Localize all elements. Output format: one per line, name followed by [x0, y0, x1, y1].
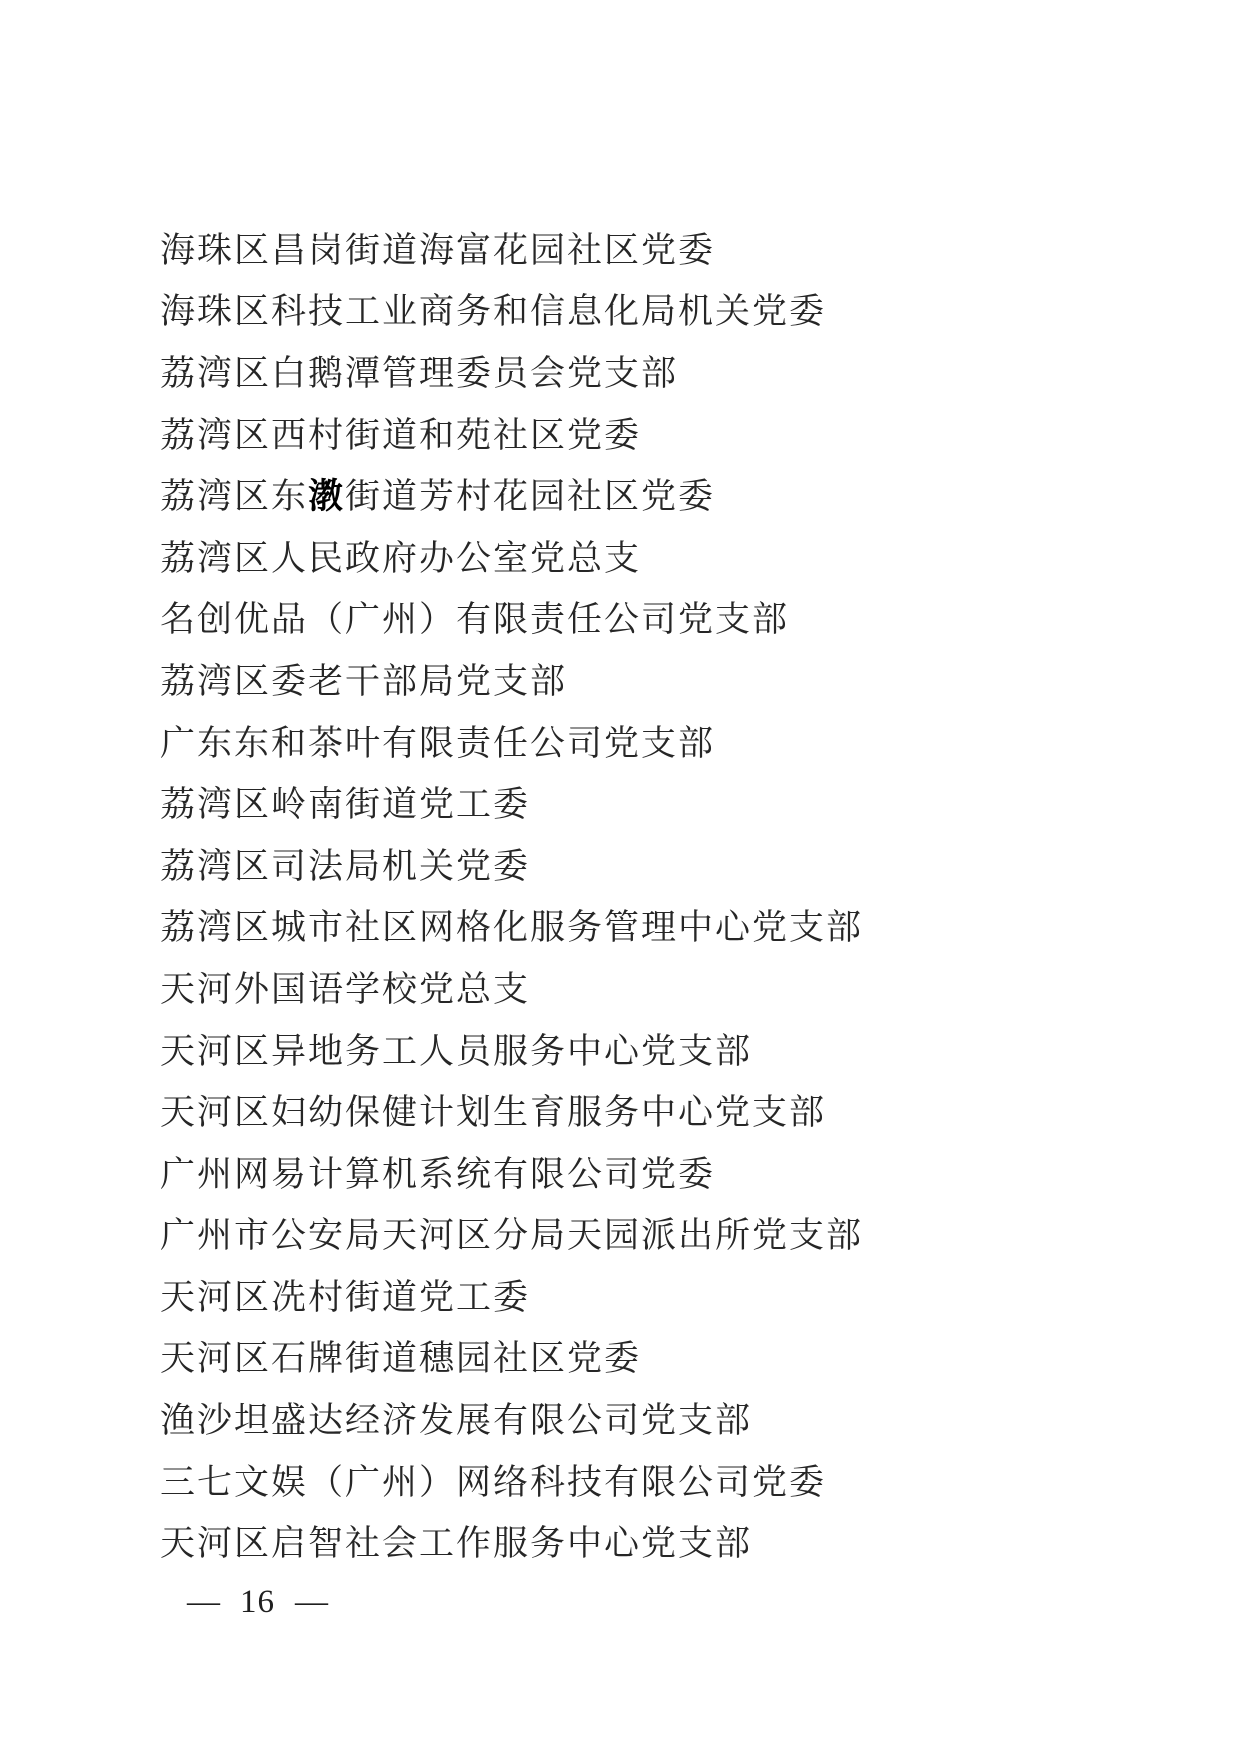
list-item-text: 荔湾区白鹅潭管理委员会党支部	[160, 346, 678, 396]
list-item: 海珠区昌岗街道海富花园社区党委	[160, 217, 1120, 279]
list-item-text: 名创优品（广州）有限责任公司党支部	[160, 592, 789, 642]
list-item-text-emphasis: 漖	[308, 469, 345, 519]
document-page: 海珠区昌岗街道海富花园社区党委海珠区科技工业商务和信息化局机关党委荔湾区白鹅潭管…	[0, 0, 1240, 1754]
list-item-text: 天河外国语学校党总支	[160, 962, 530, 1012]
list-item: 荔湾区白鹅潭管理委员会党支部	[160, 340, 1120, 402]
list-item-text: 渔沙坦盛达经济发展有限公司党支部	[160, 1393, 752, 1443]
list-item: 广东东和茶叶有限责任公司党支部	[160, 710, 1120, 772]
list-item: 荔湾区城市社区网格化服务管理中心党支部	[160, 895, 1120, 957]
list-item-text: 荔湾区西村街道和苑社区党委	[160, 408, 641, 458]
list-item-text: 街道芳村花园社区党委	[345, 469, 715, 519]
list-item: 荔湾区委老干部局党支部	[160, 648, 1120, 710]
list-item-text: 荔湾区人民政府办公室党总支	[160, 531, 641, 581]
list-item: 天河区异地务工人员服务中心党支部	[160, 1018, 1120, 1080]
list-item: 荔湾区司法局机关党委	[160, 833, 1120, 895]
list-item: 荔湾区东漖街道芳村花园社区党委	[160, 463, 1120, 525]
list-item: 海珠区科技工业商务和信息化局机关党委	[160, 279, 1120, 341]
list-item: 天河区石牌街道穗园社区党委	[160, 1326, 1120, 1388]
list-item-text: 荔湾区委老干部局党支部	[160, 654, 567, 704]
list-item-text: 天河区石牌街道穗园社区党委	[160, 1331, 641, 1381]
list-item: 天河区冼村街道党工委	[160, 1264, 1120, 1326]
list-item-text: 广州网易计算机系统有限公司党委	[160, 1147, 715, 1197]
org-list: 海珠区昌岗街道海富花园社区党委海珠区科技工业商务和信息化局机关党委荔湾区白鹅潭管…	[160, 217, 1120, 1572]
list-item: 天河区启智社会工作服务中心党支部	[160, 1510, 1120, 1572]
footer-dash-left: —	[187, 1584, 220, 1621]
list-item-text: 天河区冼村街道党工委	[160, 1270, 530, 1320]
list-item: 天河区妇幼保健计划生育服务中心党支部	[160, 1079, 1120, 1141]
list-item: 天河外国语学校党总支	[160, 956, 1120, 1018]
list-item: 广州网易计算机系统有限公司党委	[160, 1141, 1120, 1203]
list-item: 渔沙坦盛达经济发展有限公司党支部	[160, 1387, 1120, 1449]
list-item-text: 海珠区昌岗街道海富花园社区党委	[160, 223, 715, 273]
list-item-text: 海珠区科技工业商务和信息化局机关党委	[160, 284, 826, 334]
list-item-text: 荔湾区东	[160, 469, 308, 519]
list-item: 荔湾区西村街道和苑社区党委	[160, 402, 1120, 464]
page-footer: — 16 —	[187, 1584, 328, 1621]
footer-dash-right: —	[295, 1584, 328, 1621]
list-item-text: 天河区启智社会工作服务中心党支部	[160, 1516, 752, 1566]
list-item: 荔湾区人民政府办公室党总支	[160, 525, 1120, 587]
list-item-text: 天河区妇幼保健计划生育服务中心党支部	[160, 1085, 826, 1135]
list-item-text: 荔湾区司法局机关党委	[160, 839, 530, 889]
list-item-text: 三七文娱（广州）网络科技有限公司党委	[160, 1455, 826, 1505]
page-number: 16	[240, 1584, 275, 1621]
list-item: 名创优品（广州）有限责任公司党支部	[160, 587, 1120, 649]
list-item: 三七文娱（广州）网络科技有限公司党委	[160, 1449, 1120, 1511]
list-item-text: 广州市公安局天河区分局天园派出所党支部	[160, 1208, 863, 1258]
list-item-text: 荔湾区城市社区网格化服务管理中心党支部	[160, 900, 863, 950]
list-item-text: 广东东和茶叶有限责任公司党支部	[160, 716, 715, 766]
list-item: 广州市公安局天河区分局天园派出所党支部	[160, 1203, 1120, 1265]
list-item-text: 天河区异地务工人员服务中心党支部	[160, 1024, 752, 1074]
list-item-text: 荔湾区岭南街道党工委	[160, 777, 530, 827]
list-item: 荔湾区岭南街道党工委	[160, 771, 1120, 833]
